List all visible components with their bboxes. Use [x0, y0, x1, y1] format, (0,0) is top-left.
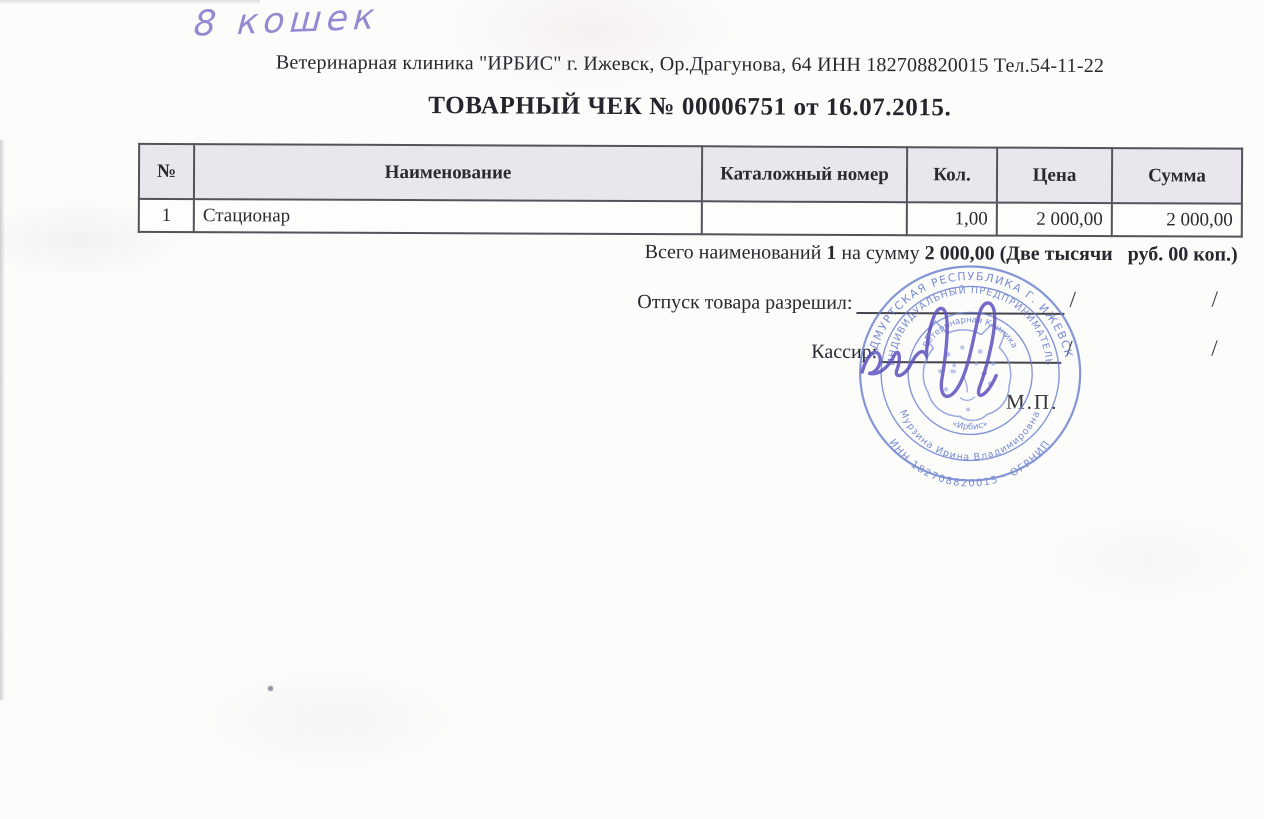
- cashier-signature-icon: [842, 277, 1053, 412]
- receipt-document: 8 кошек Ветеринарная клиника "ИРБИС" г. …: [0, 0, 1264, 819]
- cashier-slash-right: /: [1211, 336, 1218, 362]
- summary-part1: Всего наименований: [645, 241, 822, 264]
- stamp-ring2-bottom-text: Мурзина Ирина Владимировна: [897, 408, 1043, 463]
- cell-item-name: Стационар: [194, 199, 702, 234]
- col-header-qty: Кол.: [907, 147, 997, 202]
- cell-catalog-number: [702, 201, 907, 235]
- stamp-ring1-bottom-text: ИНН 182708820015 · ОГРНИП: [886, 437, 1053, 489]
- svg-text:ИНН 182708820015 · ОГРНИП: ИНН 182708820015 · ОГРНИП: [886, 437, 1053, 489]
- cell-quantity: 1,00: [907, 202, 997, 235]
- handwritten-note: 8 кошек: [193, 0, 495, 45]
- receipt-title: ТОВАРНЫЙ ЧЕК № 00006751 от 16.07.2015.: [138, 91, 1241, 124]
- table-row: 1 Стационар 1,00 2 000,00 2 000,00: [139, 199, 1242, 237]
- table-header-row: № Наименование Каталожный номер Кол. Цен…: [139, 144, 1242, 204]
- release-label: Отпуск товара разрешил:: [637, 291, 852, 315]
- col-header-num: №: [139, 144, 194, 199]
- clinic-header: Ветеринарная клиника "ИРБИС" г. Ижевск, …: [138, 51, 1241, 79]
- col-header-name: Наименование: [194, 144, 702, 201]
- release-slash-right: /: [1211, 287, 1218, 313]
- scanned-receipt-page: 8 кошек Ветеринарная клиника "ИРБИС" г. …: [0, 0, 1264, 819]
- col-header-sum: Сумма: [1112, 148, 1242, 204]
- summary-count: 1: [826, 242, 836, 264]
- col-header-price: Цена: [997, 148, 1112, 204]
- svg-text:Мурзина Ирина Владимировна: Мурзина Ирина Владимировна: [897, 408, 1043, 463]
- cell-price: 2 000,00: [997, 203, 1112, 237]
- cell-sum: 2 000,00: [1112, 203, 1242, 237]
- items-table: № Наименование Каталожный номер Кол. Цен…: [138, 143, 1243, 238]
- col-header-catalog: Каталожный номер: [702, 146, 907, 202]
- cell-row-number: 1: [139, 199, 194, 232]
